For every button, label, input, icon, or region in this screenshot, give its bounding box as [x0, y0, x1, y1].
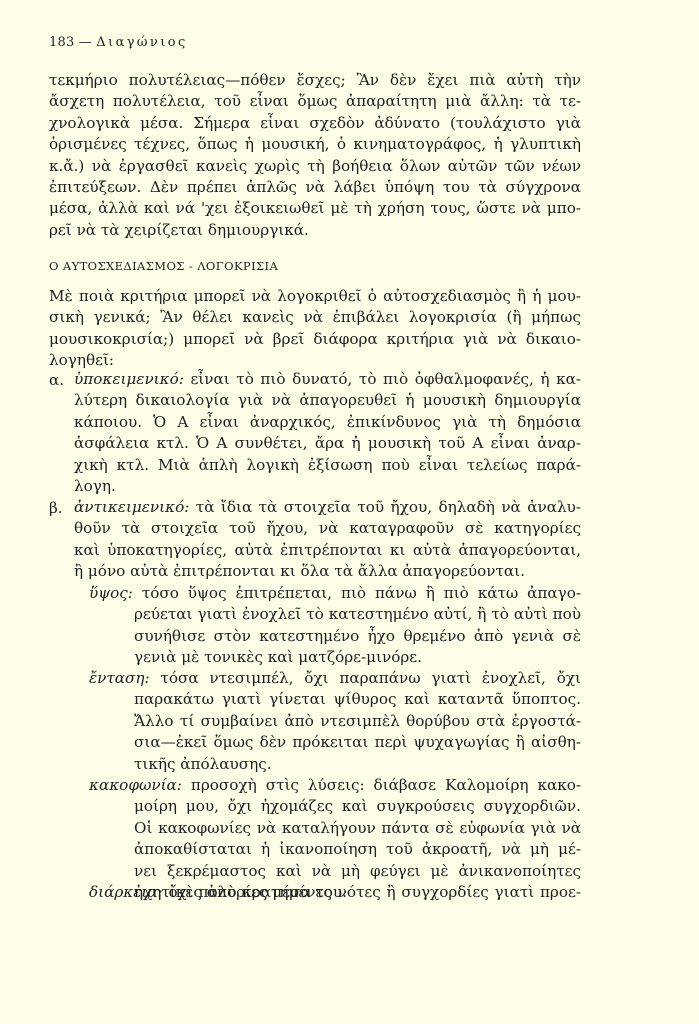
text-line: διάρκεια: ὄχι πολὺ κρατημένες νότες ἢ συ…: [89, 882, 581, 903]
list-marker: β.: [49, 499, 63, 517]
item-term: ἀντικειμενικό:: [74, 498, 189, 516]
text-line: Οἱ κακοφωνίες νὰ καταλήγουν πάντα σὲ εὐφ…: [134, 818, 581, 839]
page-number: 183: [49, 35, 74, 50]
text-line: τικῆς ἀπόλαυσης.: [134, 754, 581, 775]
text-line: θοῦν τὰ στοιχεῖα τοῦ ἤχου, νὰ καταγραφοῦ…: [74, 518, 581, 539]
text-line: κ.ἄ.) νὰ ἐργασθεῖ κανεὶς χωρὶς τὴ βοήθει…: [49, 156, 581, 177]
section-heading: Ο ΑΥΤΟΣΧΕΔΙΑΣΜΟΣ - ΛΟΓΟΚΡΙΣΙΑ: [49, 259, 278, 273]
text-line: ὕψος: τόσο ὕψος ἐπιτρέπεται, πιὸ πάνω ἢ …: [89, 583, 581, 604]
text-line: παρακάτω γιατὶ γίνεται ψίθυρος καὶ καταν…: [134, 689, 581, 710]
text-line: μουσικοκρισία;) μπορεῖ νὰ βρεῖ διάφορα κ…: [49, 329, 581, 350]
text-line: συνήθισε στὸν κατεστημένο ἦχο θρεμένο ἀπ…: [134, 626, 581, 647]
section-opening-paragraph: Μὲ ποιὰ κριτήρια μπορεῖ νὰ λογοκριθεῖ ὁ …: [49, 286, 581, 372]
text-line: ρεῖ νὰ τὰ χειρίζεται δημιουργικά.: [49, 220, 581, 241]
text-line: σικὴ γενικά; Ἂν θέλει κανεὶς νὰ ἐπιβάλει…: [49, 307, 581, 328]
text-line: ὑποκειμενικό: εἶναι τὸ πιὸ δυνατό, τὸ πι…: [74, 369, 581, 390]
text-line: μέσα, ἀλλὰ καὶ νά 'χει ἐξοικειωθεῖ μὲ τὴ…: [49, 198, 581, 219]
item-term: ὑποκειμενικό:: [74, 370, 184, 388]
text-line: ἔνταση: τόσα ντεσιμπέλ, ὄχι παραπάνω για…: [89, 668, 581, 689]
text-line: χνολογικὰ μέσα. Σήμερα εἶναι σχεδὸν ἀδύν…: [49, 113, 581, 134]
intro-paragraph: τεκμήριο πολυτέλειας—πόθεν ἔσχες; Ἂν δὲν…: [49, 70, 581, 241]
text-line: τεκμήριο πολυτέλειας—πόθεν ἔσχες; Ἂν δὲν…: [49, 70, 581, 91]
text-line: ἢ μόνο αὐτὰ ἐπιτρέπονται κι ὅλα τὰ ἄλλα …: [74, 561, 581, 582]
text-line: λογη.: [74, 476, 581, 497]
text-line: Ἄλλο τί συμβαίνει ἀπὸ ντεσιμπὲλ θορύβου …: [134, 711, 581, 732]
subitem-duration: διάρκεια: ὄχι πολὺ κρατημένες νότες ἢ συ…: [89, 882, 581, 903]
subitem-intensity-continuation: παρακάτω γιατὶ γίνεται ψίθυρος καὶ καταν…: [134, 689, 581, 775]
running-title: Διαγώνιος: [96, 35, 187, 50]
subitem-term: διάρκεια:: [89, 883, 163, 901]
text-line: ἐπιτεύξεων. Δὲν πρέπει ἁπλῶς νὰ λάβει ὑπ…: [49, 177, 581, 198]
list-item-body: ἀντικειμενικό: τὰ ἴδια τὰ στοιχεῖα τοῦ ἤ…: [74, 497, 581, 583]
page-header: 183 — Διαγώνιος: [49, 35, 188, 50]
text-line: σια—ἐκεῖ ὅμως δὲν πρόκειται περὶ ψυχαγωγ…: [134, 732, 581, 753]
text-line: λύτερη δικαιολογία γιὰ νὰ ἀπαγορευθεῖ ἡ …: [74, 390, 581, 411]
text-line: ἀντικειμενικό: τὰ ἴδια τὰ στοιχεῖα τοῦ ἤ…: [74, 497, 581, 518]
list-item-body: ὑποκειμενικό: εἶναι τὸ πιὸ δυνατό, τὸ πι…: [74, 369, 581, 497]
subitem-term: κακοφωνία:: [89, 776, 182, 794]
header-separator: —: [74, 35, 96, 50]
text-line: ὁρισμένες τέχνες, ὅπως ἡ μουσική, ὁ κινη…: [49, 134, 581, 155]
subitem-term: ὕψος:: [89, 584, 133, 602]
subitem-intensity: ἔνταση: τόσα ντεσιμπέλ, ὄχι παραπάνω για…: [89, 668, 581, 689]
text-line: ἀσφάλεια κτλ. Ὁ Α συνθέτει, ἄρα ἡ μουσικ…: [74, 433, 581, 454]
text-line: κακοφωνία: προσοχὴ στὶς λύσεις: διάβασε …: [89, 775, 581, 796]
text-line: νει ξεκρέμαστος καὶ νὰ μὴ φεύγει μὲ ἀνικ…: [134, 861, 581, 882]
text-line: κάποιου. Ὁ Α εἶναι ἀναρχικός, ἐπικίνδυνο…: [74, 412, 581, 433]
subitem-cacophony: κακοφωνία: προσοχὴ στὶς λύσεις: διάβασε …: [89, 775, 581, 796]
text-line: ἄσχετη πολυτέλεια, τοῦ εἶναι ὅμως ἀπαραί…: [49, 91, 581, 112]
subitem-pitch: ὕψος: τόσο ὕψος ἐπιτρέπεται, πιὸ πάνω ἢ …: [89, 583, 581, 604]
text-line: ρεύεται γιατὶ ἐνοχλεῖ τὸ κατεστημένο αὐτ…: [134, 604, 581, 625]
list-marker: α.: [49, 371, 64, 389]
text-line: καὶ ὑποκατηγορίες, αὐτὰ ἐπιτρέπονται κι …: [74, 540, 581, 561]
text-line: Μὲ ποιὰ κριτήρια μπορεῖ νὰ λογοκριθεῖ ὁ …: [49, 286, 581, 307]
text-line: χικὴ κτλ. Μιὰ ἁπλὴ λογικὴ ἐξίσωση ποὺ εἶ…: [74, 455, 581, 476]
subitem-pitch-continuation: ρεύεται γιατὶ ἐνοχλεῖ τὸ κατεστημένο αὐτ…: [134, 604, 581, 668]
text-line: μοίρη μου, ὄχι ἠχομάζες καὶ συγκρούσεις …: [134, 796, 581, 817]
text-line: ἀποκαθίσταται ἡ ἱκανοποίηση τοῦ ἀκροατῆ,…: [134, 839, 581, 860]
subitem-term: ἔνταση:: [89, 669, 150, 687]
text-line: γενιὰ μὲ τονικὲς καὶ ματζόρε-μινόρε.: [134, 647, 581, 668]
book-page: 183 — Διαγώνιος τεκμήριο πολυτέλειας—πόθ…: [0, 0, 699, 1024]
